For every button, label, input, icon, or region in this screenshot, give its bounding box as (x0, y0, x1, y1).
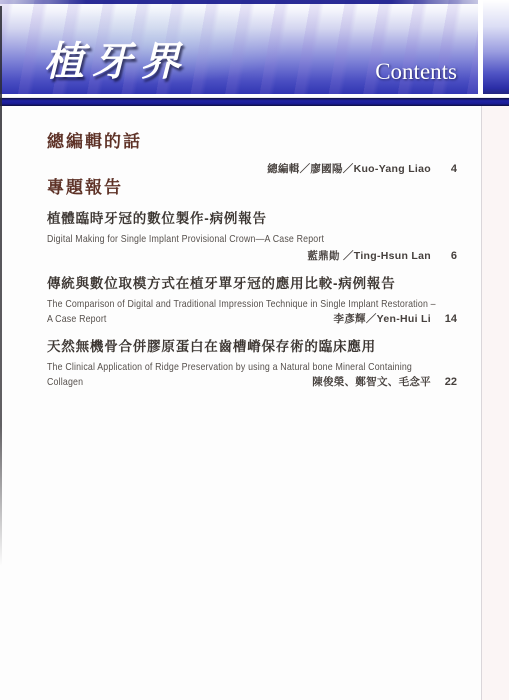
article-2-authors-wrap: 李彥輝／Yen-Hui Li 14 (333, 312, 457, 327)
article-1-title-en: Digital Making for Single Implant Provis… (47, 230, 457, 247)
article-3-byline-row: Collagen 陳俊榮、鄭智文、毛念平 22 (47, 375, 457, 390)
toc-page: 植牙界 Contents 總編輯的話 總編輯／廖國陽／Kuo-Yang Liao… (0, 0, 509, 700)
section-feature-reports: 專題報告 植體臨時牙冠的數位製作-病例報告 Digital Making for… (47, 177, 457, 390)
banner-navy-bar (0, 98, 509, 106)
article-3-title-zh: 天然無機骨合併膠原蛋白在齒槽嵴保存術的臨床應用 (47, 337, 457, 356)
contents-label: Contents (375, 58, 457, 86)
feature-reports-heading: 專題報告 (47, 177, 457, 199)
editors-note-byline: 總編輯／廖國陽／Kuo-Yang Liao (267, 162, 431, 177)
article-2-title-zh: 傳統與數位取模方式在植牙單牙冠的應用比較-病例報告 (47, 274, 457, 293)
article-2-page-number: 14 (443, 312, 457, 327)
article-1-authors: 藍鼎勛 ／Ting-Hsun Lan (307, 249, 431, 264)
editors-note-page-number: 4 (443, 162, 457, 177)
article-3-title-en-line1: The Clinical Application of Ridge Preser… (47, 358, 457, 375)
banner: 植牙界 Contents (0, 0, 509, 106)
article-1-page-number: 6 (443, 249, 457, 264)
banner-right-strip (483, 0, 509, 94)
editors-note-heading: 總編輯的話 (47, 131, 457, 153)
article-1-title-zh: 植體臨時牙冠的數位製作-病例報告 (47, 209, 457, 228)
section-editors-note: 總編輯的話 總編輯／廖國陽／Kuo-Yang Liao 4 (47, 131, 457, 177)
article-2-title-en-line1: The Comparison of Digital and Traditiona… (47, 295, 457, 312)
editors-note-byline-row: 總編輯／廖國陽／Kuo-Yang Liao 4 (47, 162, 457, 177)
toc-entry-article-1: 植體臨時牙冠的數位製作-病例報告 Digital Making for Sing… (47, 209, 457, 264)
article-3-page-number: 22 (443, 375, 457, 390)
article-3-authors: 陳俊榮、鄭智文、毛念平 (312, 375, 431, 390)
magazine-title: 植牙界 (44, 38, 188, 86)
toc-entry-article-2: 傳統與數位取模方式在植牙單牙冠的應用比較-病例報告 The Comparison… (47, 274, 457, 327)
article-1-byline-row: 藍鼎勛 ／Ting-Hsun Lan 6 (47, 249, 457, 264)
banner-top-line (0, 0, 478, 4)
article-3-title-en-line2: Collagen (47, 375, 83, 390)
article-2-byline-row: A Case Report 李彥輝／Yen-Hui Li 14 (47, 312, 457, 327)
article-3-authors-wrap: 陳俊榮、鄭智文、毛念平 22 (312, 375, 457, 390)
toc-entry-article-3: 天然無機骨合併膠原蛋白在齒槽嵴保存術的臨床應用 The Clinical App… (47, 337, 457, 390)
article-2-title-en-line2: A Case Report (47, 312, 107, 327)
article-2-authors: 李彥輝／Yen-Hui Li (333, 312, 431, 327)
toc-content: 總編輯的話 總編輯／廖國陽／Kuo-Yang Liao 4 專題報告 植體臨時牙… (0, 106, 509, 390)
